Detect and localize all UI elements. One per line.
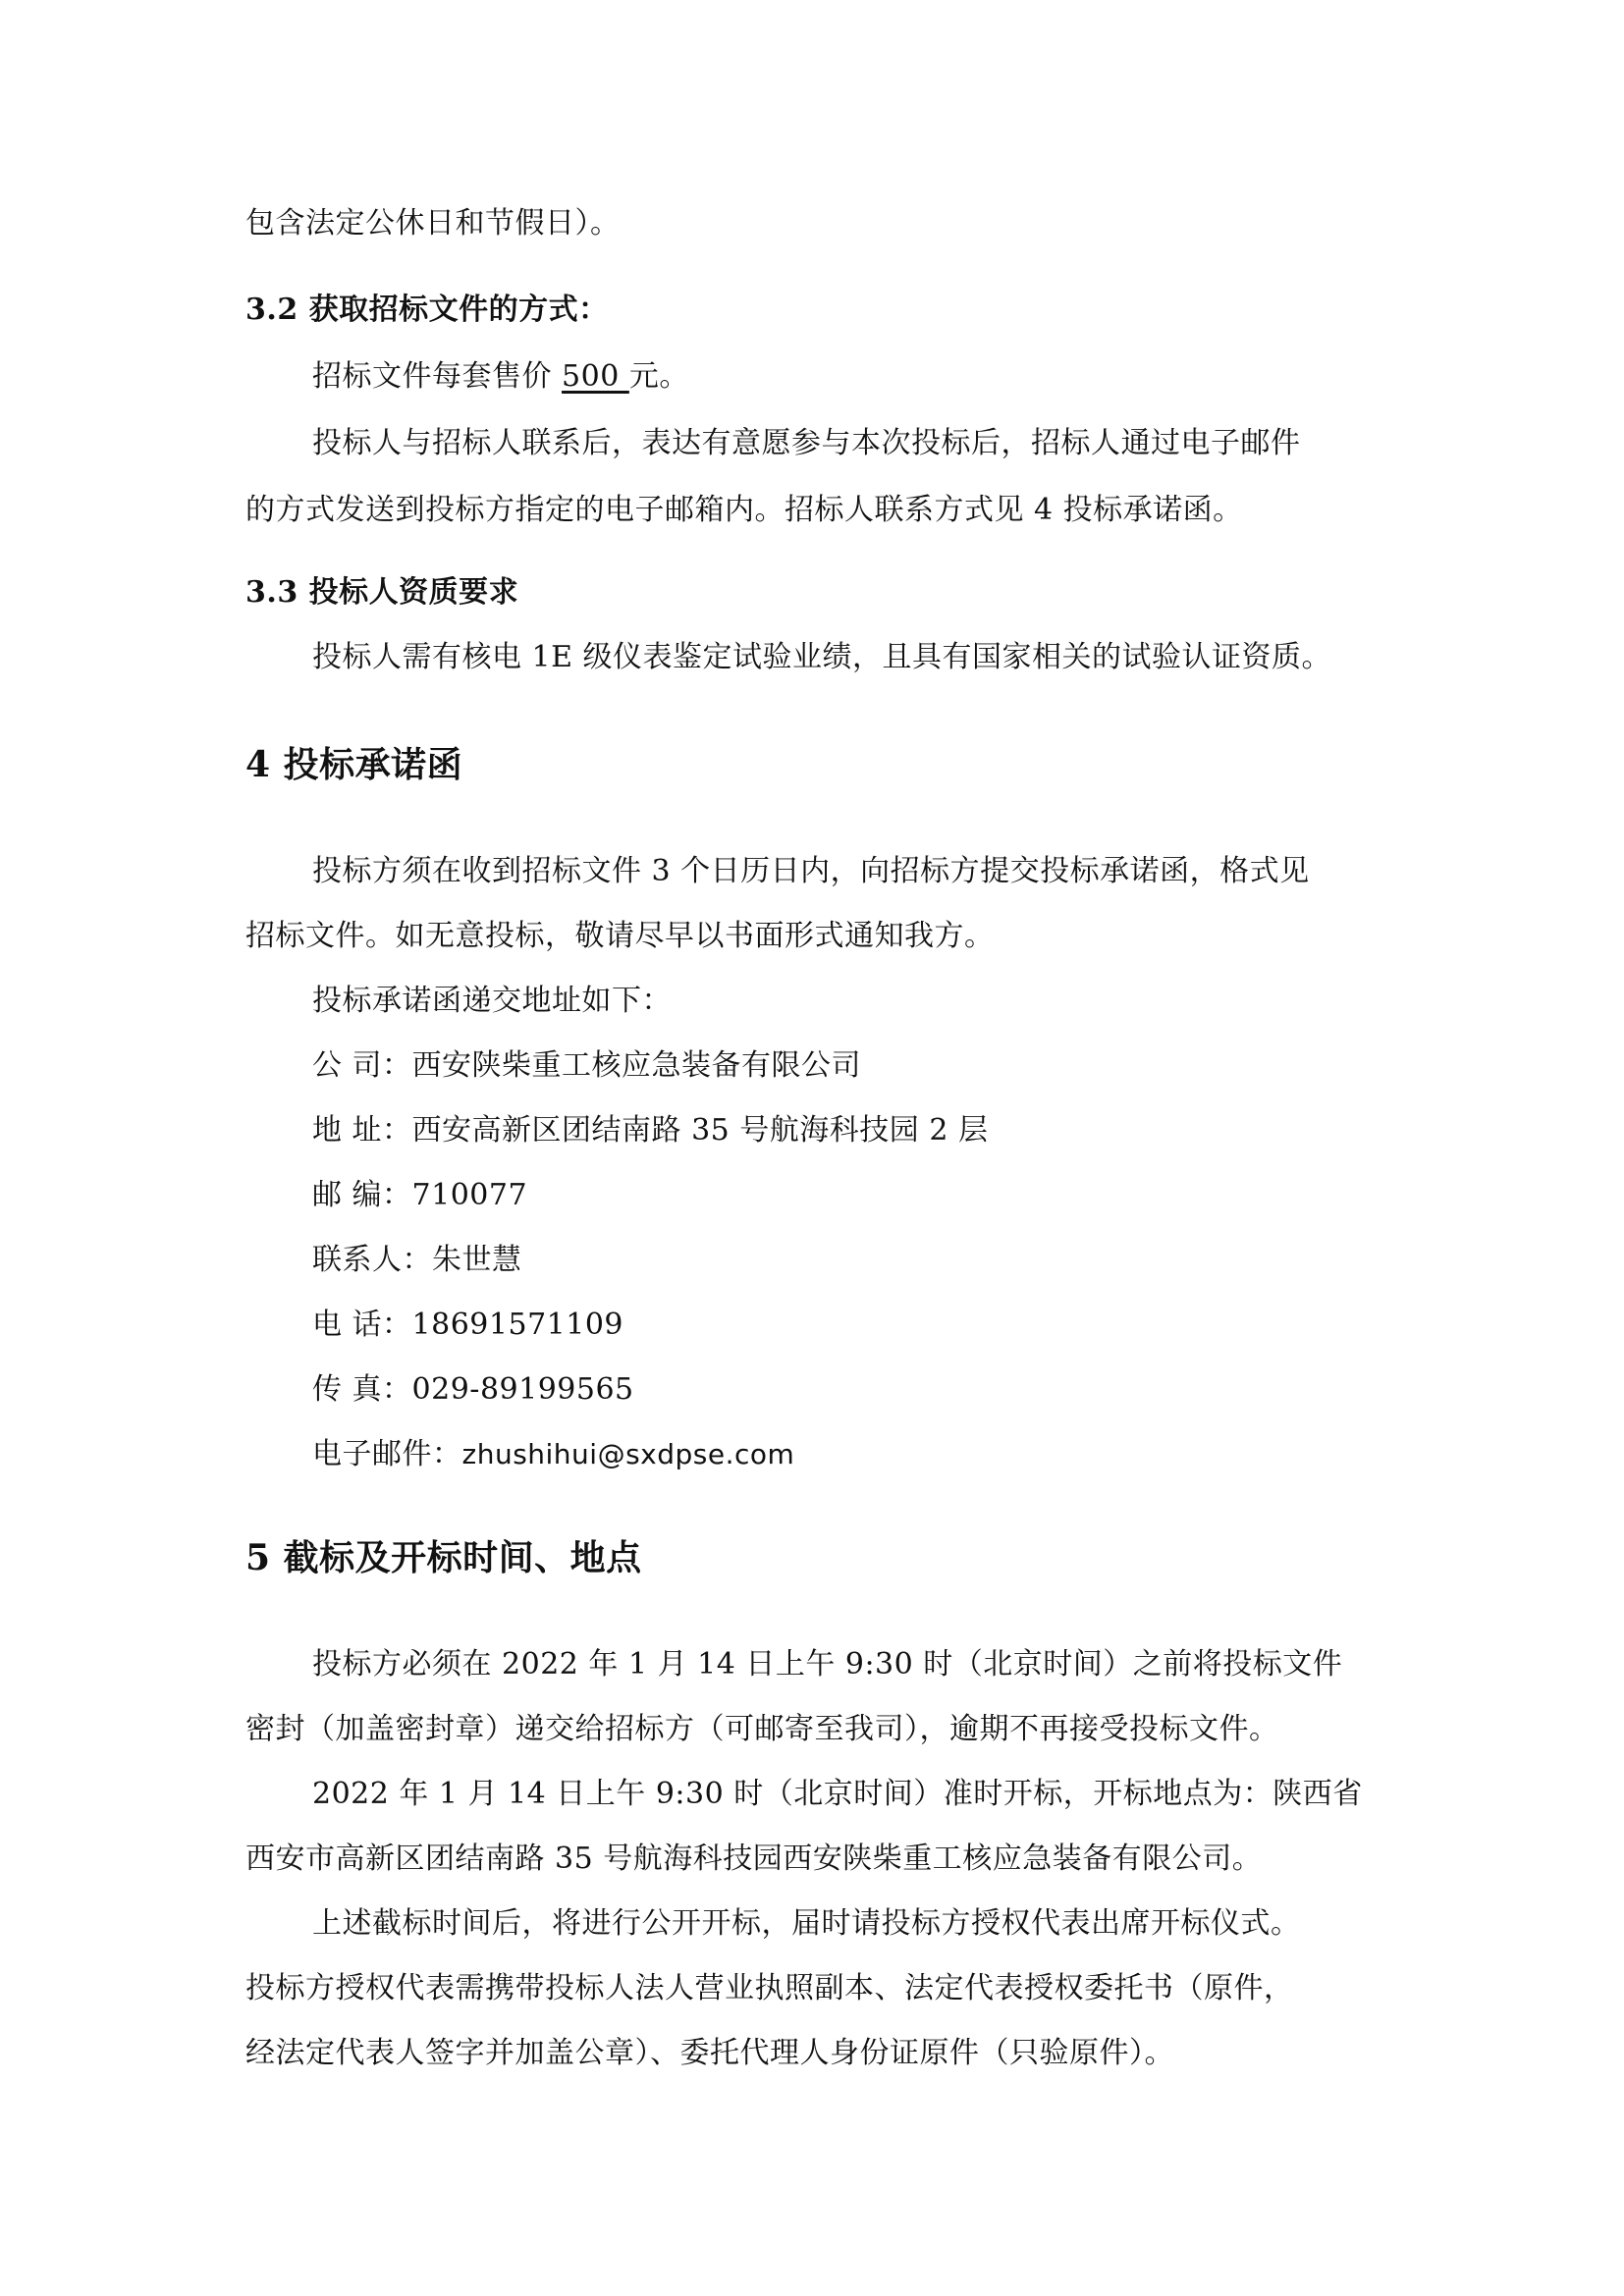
contact-label: 传 真： — [312, 1370, 412, 1410]
ceremony-paragraph-line-1: 上述截标时间后，将进行公开开标，届时请投标方授权代表出席开标仪式。 — [312, 1904, 1301, 1944]
contact-label: 电子邮件： — [312, 1435, 462, 1474]
email-link[interactable]: zhushihui@sxdpse.com — [462, 1438, 795, 1470]
ceremony-paragraph-line-2: 投标方授权代表需携带投标人法人营业执照副本、法定代表授权委托书（原件， — [245, 1969, 1294, 2008]
section-3-2-heading: 3.2 获取招标文件的方式： — [245, 291, 609, 330]
contact-label: 邮 编： — [312, 1176, 412, 1215]
section-4-heading: 4 投标承诺函 — [245, 742, 462, 787]
ceremony-paragraph-line-3: 经法定代表人签字并加盖公章）、委托代理人身份证原件（只验原件）。 — [245, 2034, 1174, 2073]
commitment-paragraph-line-1: 投标方须在收到招标文件 3 个日历日内，向招标方提交投标承诺函，格式见 — [312, 852, 1310, 891]
price-value: 500 — [562, 359, 629, 394]
contact-value: 西安陕柴重工核应急装备有限公司 — [412, 1048, 862, 1083]
contact-value: 西安高新区团结南路 35 号航海科技园 2 层 — [412, 1113, 989, 1148]
address-intro: 投标承诺函递交地址如下： — [312, 982, 672, 1021]
contact-value: 710077 — [412, 1178, 528, 1212]
contact-person: 联系人：朱世慧 — [312, 1241, 522, 1280]
contact-value: 029-89199565 — [412, 1372, 634, 1407]
deadline-paragraph-line-2: 密封（加盖密封章）递交给招标方（可邮寄至我司），逾期不再接受投标文件。 — [245, 1710, 1279, 1749]
price-paragraph: 招标文件每套售价 500 元。 — [312, 357, 689, 397]
opening-paragraph-line-2: 西安市高新区团结南路 35 号航海科技园西安陕柴重工核应急装备有限公司。 — [245, 1840, 1262, 1879]
contact-company: 公 司：西安陕柴重工核应急装备有限公司 — [312, 1046, 861, 1086]
contact-value: 朱世慧 — [432, 1243, 522, 1277]
price-suffix: 元。 — [629, 359, 689, 394]
contact-label: 联系人： — [312, 1241, 432, 1280]
price-prefix: 招标文件每套售价 — [312, 359, 562, 394]
continuation-text: 包含法定公休日和节假日）。 — [245, 204, 621, 243]
contact-postcode: 邮 编：710077 — [312, 1176, 527, 1215]
section-3-3-heading: 3.3 投标人资质要求 — [245, 573, 518, 613]
contact-phone: 电 话：18691571109 — [312, 1306, 623, 1345]
obtain-paragraph-line-1: 投标人与招标人联系后，表达有意愿参与本次投标后，招标人通过电子邮件 — [312, 424, 1301, 463]
contact-fax: 传 真：029-89199565 — [312, 1370, 634, 1410]
obtain-paragraph-line-2: 的方式发送到投标方指定的电子邮箱内。招标人联系方式见 4 投标承诺函。 — [245, 491, 1243, 530]
document-page: 包含法定公休日和节假日）。 3.2 获取招标文件的方式： 招标文件每套售价 50… — [0, 0, 1624, 2296]
contact-label: 地 址： — [312, 1111, 412, 1150]
contact-label: 公 司： — [312, 1046, 412, 1086]
commitment-paragraph-line-2: 招标文件。如无意投标，敬请尽早以书面形式通知我方。 — [245, 917, 995, 956]
contact-label: 电 话： — [312, 1306, 412, 1345]
contact-address: 地 址：西安高新区团结南路 35 号航海科技园 2 层 — [312, 1111, 988, 1150]
section-5-heading: 5 截标及开标时间、地点 — [245, 1535, 642, 1580]
opening-paragraph-line-1: 2022 年 1 月 14 日上午 9:30 时（北京时间）准时开标，开标地点为… — [312, 1775, 1363, 1814]
contact-email: 电子邮件：zhushihui@sxdpse.com — [312, 1435, 794, 1474]
contact-value: 18691571109 — [412, 1308, 623, 1342]
qualification-paragraph: 投标人需有核电 1E 级仪表鉴定试验业绩，且具有国家相关的试验认证资质。 — [312, 638, 1331, 677]
deadline-paragraph-line-1: 投标方必须在 2022 年 1 月 14 日上午 9:30 时（北京时间）之前将… — [312, 1645, 1342, 1684]
